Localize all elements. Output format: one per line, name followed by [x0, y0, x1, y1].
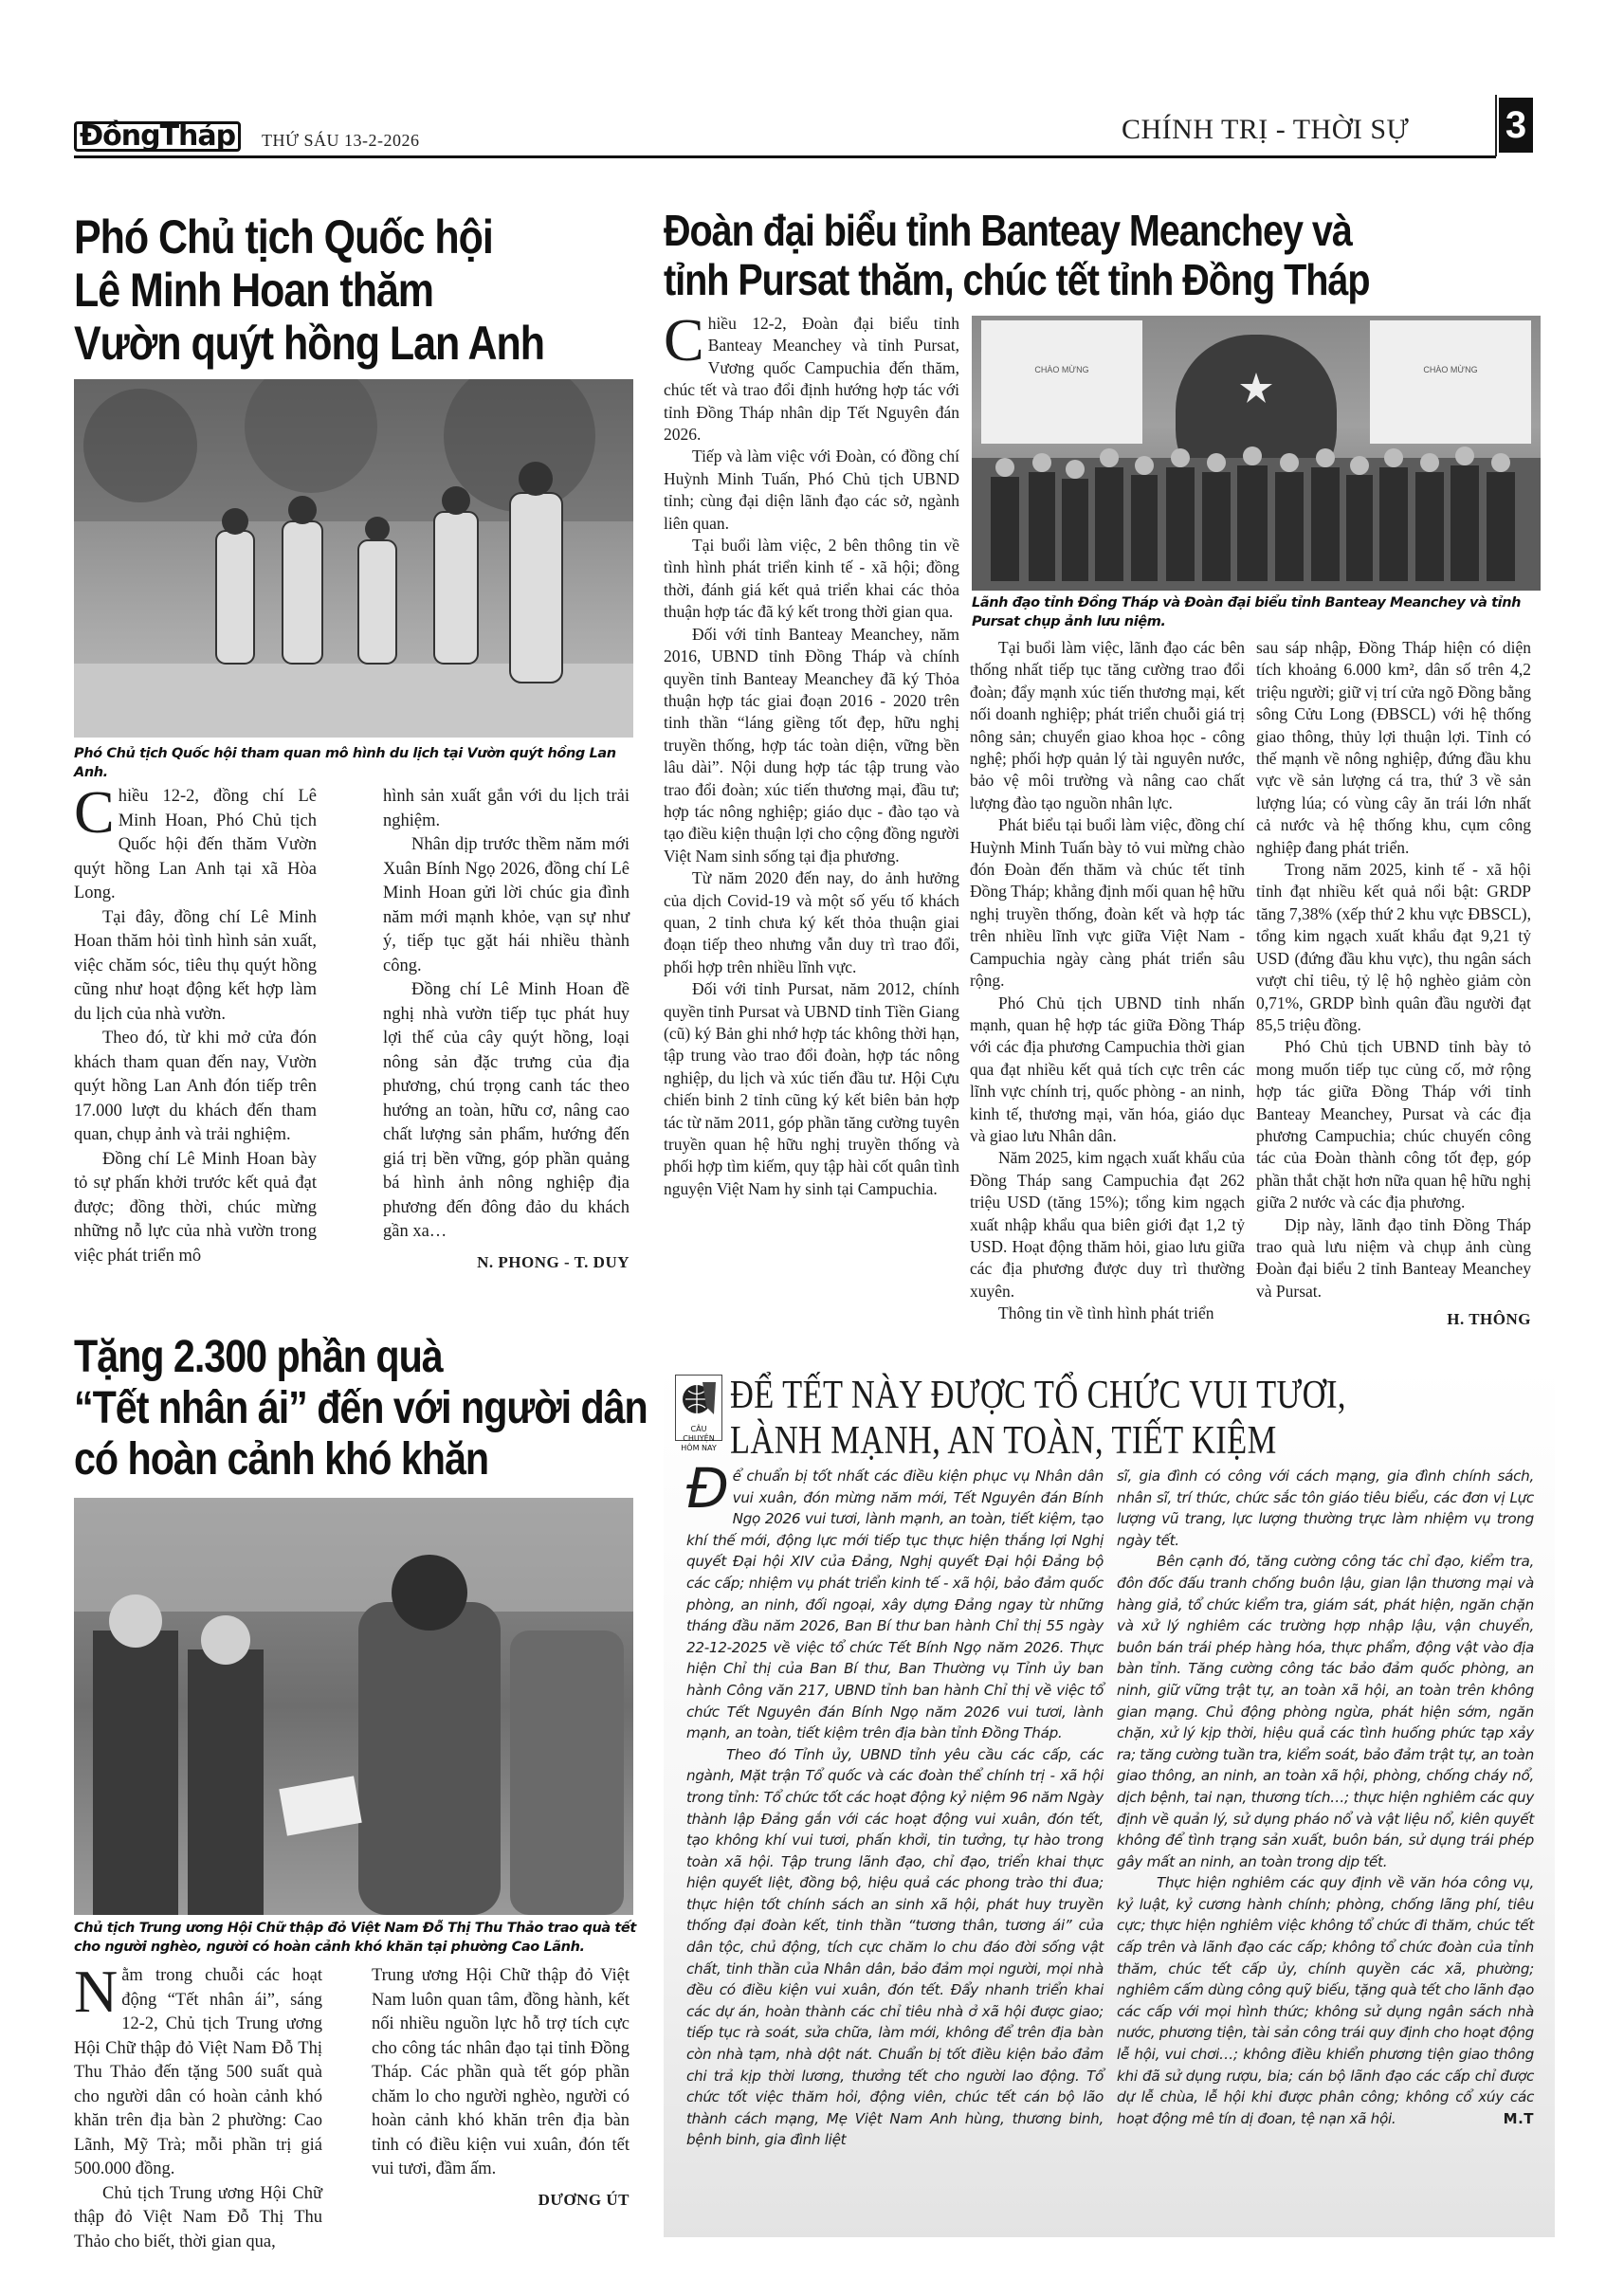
- article2-byline: H. THÔNG: [1256, 1308, 1531, 1330]
- section-title: CHÍNH TRỊ - THỜI SỰ: [1122, 114, 1409, 146]
- article4-headline: ĐỂ TẾT NÀY ĐƯỢC TỔ CHỨC VUI TƯƠI, LÀNH M…: [730, 1373, 1346, 1464]
- garden-visit-image: [74, 379, 633, 738]
- article4-col1: Để chuẩn bị tốt nhất các điều kiện phục …: [686, 1466, 1104, 2151]
- masthead-rule: [74, 155, 1496, 158]
- article1-headline: Phó Chủ tịch Quốc hội Lê Minh Hoan thăm …: [74, 210, 544, 370]
- article1-col1: Chiều 12-2, đồng chí Lê Minh Hoan, Phó C…: [74, 785, 317, 1268]
- article3-photo: [74, 1498, 633, 1915]
- article1-byline: N. PHONG - T. DUY: [383, 1250, 630, 1275]
- drop-cap: Đ: [686, 1466, 733, 1511]
- drop-cap: C: [664, 317, 708, 364]
- article4-col2: sĩ, gia đình có công với cách mạng, gia …: [1117, 1466, 1534, 2130]
- newspaper-logo: ĐồngTháp: [74, 119, 241, 153]
- globe-pen-icon: [680, 1378, 718, 1420]
- article2-photo: CHÀO MỪNG CHÀO MỪNG: [972, 316, 1541, 591]
- masthead: ĐồngTháp THỨ SÁU 13-2-2026 CHÍNH TRỊ - T…: [74, 114, 1496, 159]
- article2-col2: Tại buổi làm việc, lãnh đạo các bên thốn…: [970, 637, 1245, 1325]
- article2-col3: sau sáp nhập, Đồng Tháp hiện có diện tíc…: [1256, 637, 1531, 1331]
- drop-cap: N: [74, 1968, 121, 2015]
- article3-col2: Trung ương Hội Chữ thập đỏ Việt Nam luôn…: [372, 1964, 630, 2212]
- page-number: 3: [1499, 98, 1533, 153]
- svg-text:CHÀO MỪNG: CHÀO MỪNG: [1034, 365, 1088, 374]
- article2-headline: Đoàn đại biểu tỉnh Banteay Meanchey và t…: [664, 207, 1369, 304]
- gift-giving-image: [74, 1498, 633, 1915]
- group-photo-image: CHÀO MỪNG CHÀO MỪNG: [972, 316, 1541, 591]
- article2-caption: Lãnh đạo tỉnh Đồng Tháp và Đoàn đại biểu…: [972, 594, 1541, 631]
- drop-cap: C: [74, 789, 119, 836]
- article3-byline: DƯƠNG ÚT: [372, 2188, 630, 2213]
- article3-headline: Tặng 2.300 phần quà “Tết nhân ái” đến vớ…: [74, 1332, 648, 1485]
- issue-date: THỨ SÁU 13-2-2026: [262, 131, 419, 151]
- masthead-divider: [1495, 95, 1497, 156]
- article1-caption: Phó Chủ tịch Quốc hội tham quan mô hình …: [74, 745, 643, 782]
- article3-col1: Nằm trong chuỗi các hoạt động “Tết nhân …: [74, 1964, 322, 2254]
- article1-photo: [74, 379, 633, 738]
- svg-text:CHÀO MỪNG: CHÀO MỪNG: [1423, 365, 1477, 374]
- column-badge: CÂU CHUYỆN HÔM NAY: [675, 1375, 722, 1441]
- article3-caption: Chủ tịch Trung ương Hội Chữ thập đỏ Việt…: [74, 1920, 643, 1957]
- article2-col1: Chiều 12-2, Đoàn đại biểu tỉnh Banteay M…: [664, 313, 959, 1200]
- article1-col2: hình sản xuất gắn với du lịch trải nghiệ…: [383, 785, 630, 1274]
